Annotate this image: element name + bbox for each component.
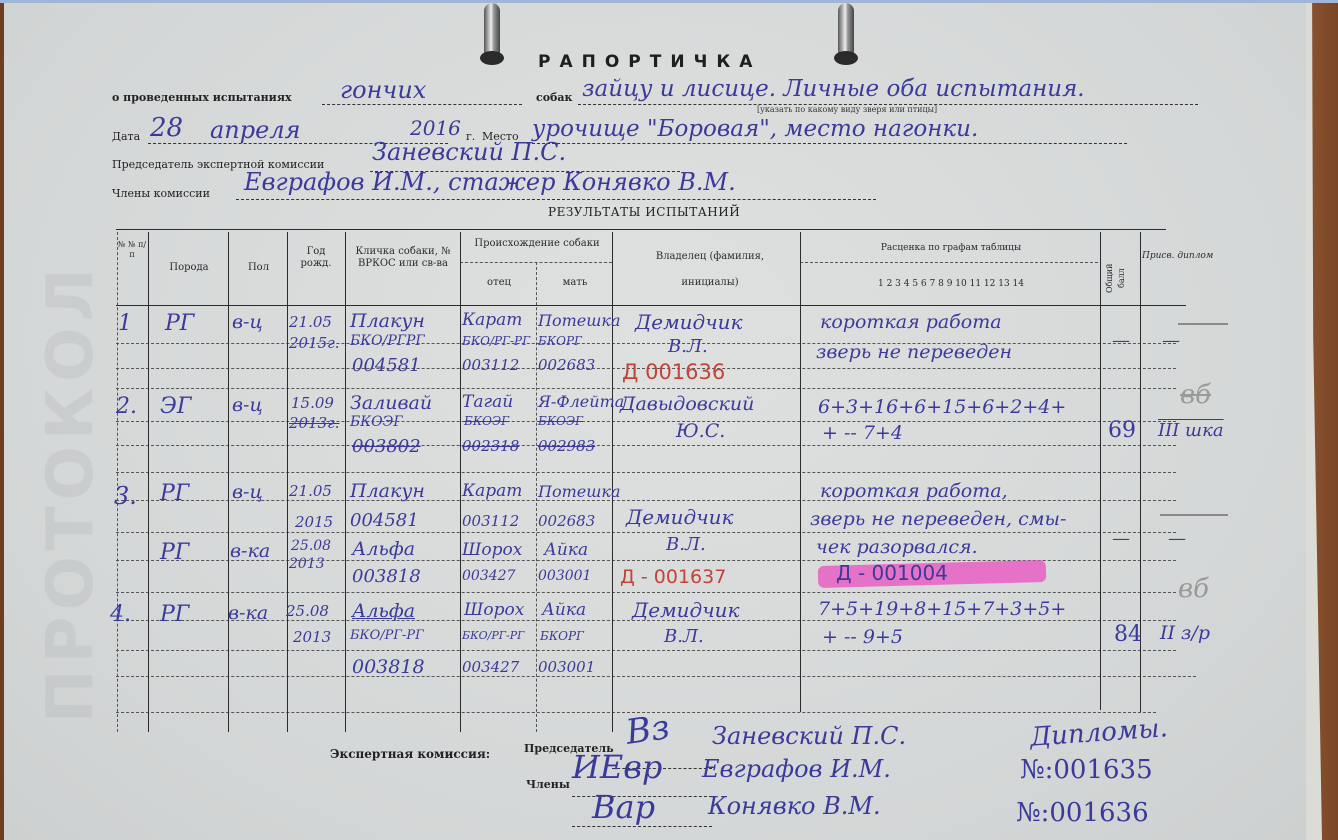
row-score-line-1: 6+3+16+6+15+6+2+4+ bbox=[818, 396, 1066, 418]
row-mother-registry: БКОЭГ bbox=[538, 414, 583, 428]
row-father-number: 003427 bbox=[462, 658, 519, 676]
row-owner-initials: В.Л. bbox=[666, 534, 706, 555]
row-award: II з/р bbox=[1160, 622, 1210, 644]
member2-signature: Конявко В.М. bbox=[708, 792, 881, 820]
row-birth-year: 2013г. bbox=[289, 414, 340, 432]
row-dog-name: Плакун bbox=[350, 310, 425, 332]
col-header-total: Общий балл bbox=[1104, 258, 1140, 298]
row-birth-year: 2013 bbox=[293, 628, 331, 646]
pair-father-number: 003427 bbox=[462, 568, 515, 584]
row-dog-number: 003802 bbox=[352, 436, 421, 457]
row-line bbox=[116, 445, 1176, 446]
row-mother-name: Айка bbox=[542, 600, 586, 620]
col-header-score-numbers: 1 2 3 4 5 6 7 8 9 10 11 12 13 14 bbox=[802, 278, 1100, 290]
row-award: — bbox=[1162, 330, 1180, 351]
col-border bbox=[536, 262, 537, 732]
bleed-through-text: ПРОТОКОЛ bbox=[34, 253, 114, 723]
results-title: РЕЗУЛЬТАТЫ ИСПЫТАНИЙ bbox=[548, 205, 740, 219]
date-label: Дата bbox=[112, 130, 140, 143]
table-top-border bbox=[116, 229, 1166, 230]
col-header-num: № № п/п bbox=[116, 240, 148, 260]
binder-ring-right-icon bbox=[838, 3, 854, 59]
col-header-name: Кличка собаки, № ВРКОС или св-ва bbox=[350, 246, 456, 270]
row-highlight-note: Д - 001004 bbox=[836, 561, 948, 585]
row-score-line-1: 7+5+19+8+15+7+3+5+ bbox=[818, 598, 1066, 620]
col-header-birth: Год рожд. bbox=[293, 246, 339, 270]
row-owner-surname: Демидчик bbox=[632, 598, 740, 622]
row-mother-name: Потешка bbox=[538, 311, 620, 330]
chairman-value: Заневский П.С. bbox=[372, 138, 566, 166]
row-dog-registry: БКО/РГРГ bbox=[350, 333, 425, 349]
col-header-father: отец bbox=[462, 277, 536, 289]
row-father-name: Карат bbox=[462, 310, 522, 330]
row-father-number: 003112 bbox=[462, 512, 519, 530]
pair-birth-date: 25.08 bbox=[291, 538, 331, 554]
row-father-number: 002318 bbox=[462, 437, 519, 455]
row-mother-registry: БКОРГ bbox=[538, 334, 582, 348]
row-birth-date: 25.08 bbox=[286, 602, 329, 620]
col-header-mother: мать bbox=[538, 277, 612, 289]
row-father-registry: БКО/РГ-РГ bbox=[462, 629, 524, 642]
pencil-mark bbox=[1160, 514, 1228, 516]
date-year: 2016 bbox=[410, 116, 461, 140]
row-mother-name: Потешка bbox=[538, 482, 620, 501]
binder-ring-left-icon bbox=[484, 3, 500, 59]
row-total: 69 bbox=[1108, 418, 1136, 443]
row-mother-number: 002683 bbox=[538, 356, 595, 374]
col-border bbox=[148, 232, 149, 732]
row-sex: в-ц bbox=[232, 481, 263, 503]
row-award-note: вб bbox=[1180, 380, 1211, 410]
row-father-name: Шорох bbox=[464, 600, 524, 620]
row-diploma-note: Д 001636 bbox=[622, 360, 725, 384]
col-header-breed: Порода bbox=[150, 262, 228, 274]
col-border bbox=[287, 232, 288, 732]
row-score-line-3: чек разорвался. bbox=[816, 536, 978, 558]
row-num: 4. bbox=[110, 602, 131, 627]
row-score-line-2: + -- 7+4 bbox=[822, 422, 903, 444]
row-father-number: 003112 bbox=[462, 356, 519, 374]
dogs-value: зайцу и лисице. Личные оба испытания. bbox=[582, 76, 1085, 102]
row-total: — bbox=[1112, 528, 1130, 549]
place-value: урочище "Боровая", место нагонки. bbox=[532, 116, 978, 142]
row-line bbox=[116, 343, 1176, 344]
row-score-line-2: зверь не переведен bbox=[816, 341, 1012, 363]
col-border bbox=[345, 232, 346, 732]
row-father-registry: БКОЭГ bbox=[464, 414, 509, 428]
row-breed: РГ bbox=[160, 481, 189, 506]
row-num: 1 bbox=[118, 311, 132, 336]
row-num: 2. bbox=[116, 394, 137, 419]
row-mother-number: 002983 bbox=[538, 437, 595, 455]
row-sex: в-ц bbox=[232, 311, 263, 333]
row-owner-initials: Ю.С. bbox=[676, 420, 725, 442]
date-day: 28 bbox=[150, 113, 183, 143]
pair-dog-number: 003818 bbox=[352, 566, 421, 587]
pair-birth-year: 2013 bbox=[289, 556, 325, 572]
row-father-registry: БКО/РГ-РГ bbox=[462, 334, 530, 348]
row-line bbox=[116, 532, 1176, 533]
row-owner-surname: Демидчик bbox=[635, 310, 743, 334]
diploma-number-1: №:001635 bbox=[1020, 755, 1153, 785]
row-owner-surname: Давыдовский bbox=[620, 393, 754, 415]
trials-label: о проведенных испытаниях bbox=[112, 91, 292, 104]
row-award-note: вб bbox=[1178, 574, 1209, 604]
row-dog-registry: БКО/РГ-РГ bbox=[350, 628, 424, 643]
row-line bbox=[116, 592, 1176, 593]
members-value: Евграфов И.М., стажер Конявко В.М. bbox=[244, 168, 736, 196]
row-dog-number: 004581 bbox=[352, 355, 421, 376]
pair-dog-name: Альфа bbox=[352, 538, 415, 560]
row-breed: ЭГ bbox=[160, 394, 191, 419]
col-border bbox=[800, 232, 801, 712]
document-title: РАПОРТИЧКА bbox=[538, 52, 761, 72]
members-label: Члены комиссии bbox=[112, 187, 210, 200]
col-header-owner: Владелец (фамилия, инициалы) bbox=[640, 244, 780, 296]
member2-signature-mark: Вар bbox=[592, 788, 655, 826]
row-line bbox=[116, 421, 1176, 422]
member1-signature: Евграфов И.М. bbox=[702, 755, 891, 783]
trials-underline bbox=[322, 104, 522, 105]
row-dog-registry: БКОЭГ bbox=[350, 414, 403, 430]
row-line bbox=[116, 472, 1176, 473]
member2-sign-line bbox=[572, 826, 712, 827]
row-diploma-note: Д - 001637 bbox=[620, 566, 726, 588]
row-total: — bbox=[1112, 330, 1130, 351]
pair-sex: в-ка bbox=[230, 540, 270, 562]
row-line bbox=[116, 500, 1176, 501]
row-score-line-2: + -- 9+5 bbox=[822, 626, 903, 648]
col-border bbox=[1100, 232, 1101, 710]
row-dog-number: 004581 bbox=[350, 510, 419, 531]
members-underline bbox=[236, 199, 876, 200]
row-birth-date: 15.09 bbox=[291, 394, 334, 412]
date-month: апреля bbox=[210, 116, 301, 144]
row-breed: РГ bbox=[165, 311, 194, 336]
row-award: III шка bbox=[1158, 420, 1224, 441]
col-border bbox=[228, 232, 229, 732]
header-bottom-border bbox=[116, 305, 1186, 306]
row-mother-registry: БКОРГ bbox=[540, 629, 584, 643]
pair-father-name: Шорох bbox=[462, 540, 522, 560]
row-num: 3. bbox=[114, 482, 137, 510]
row-score-line-2: зверь не переведен, смы- bbox=[810, 508, 1066, 530]
pair-mother-number: 003001 bbox=[538, 568, 591, 584]
row-mother-number: 002683 bbox=[538, 512, 595, 530]
row-score-line-1: короткая работа, bbox=[820, 480, 1008, 502]
row-sex: в-ц bbox=[232, 394, 263, 416]
row-dog-name: Альфа bbox=[352, 600, 415, 622]
row-birth-date: 21.05 bbox=[289, 313, 332, 331]
row-mother-name: Я-Флейта bbox=[538, 392, 624, 411]
pair-breed: РГ bbox=[160, 540, 189, 565]
row-birth-date: 21.05 bbox=[289, 482, 332, 500]
chairman-signature-mark: Вз bbox=[623, 707, 672, 753]
row-birth-year: 2015 bbox=[295, 513, 333, 531]
row-dog-name: Заливай bbox=[350, 392, 432, 414]
col-header-origin: Происхождение собаки bbox=[462, 238, 612, 250]
row-owner-initials: В.Л. bbox=[664, 626, 704, 647]
row-father-name: Тагай bbox=[462, 392, 513, 412]
row-father-name: Карат bbox=[462, 481, 522, 501]
dogs-label: собак bbox=[536, 91, 572, 104]
row-owner-initials: В.Л. bbox=[668, 336, 708, 357]
row-birth-year: 2015г. bbox=[289, 334, 340, 352]
dogs-hint: [указать по какому виду зверя или птицы] bbox=[757, 105, 937, 114]
row-score-line-1: короткая работа bbox=[820, 311, 1002, 333]
col-border bbox=[460, 232, 461, 732]
col-header-sex: Пол bbox=[230, 262, 287, 274]
scores-subheader-line bbox=[800, 262, 1098, 263]
diploma-number-2: №:001636 bbox=[1016, 798, 1149, 828]
row-dog-name: Плакун bbox=[350, 480, 425, 502]
col-header-scores: Расценка по графам таблицы bbox=[802, 242, 1100, 254]
trials-value: гончих bbox=[340, 76, 426, 104]
footer-members-label: Члены bbox=[526, 778, 570, 791]
row-sex: в-ка bbox=[228, 602, 268, 624]
row-line bbox=[116, 388, 1176, 389]
row-owner-surname: Демидчик bbox=[626, 505, 734, 529]
pencil-mark bbox=[1178, 323, 1228, 325]
pair-mother-name: Айка bbox=[544, 540, 588, 560]
row-line bbox=[116, 676, 1196, 677]
commission-label: Экспертная комиссия: bbox=[330, 747, 490, 761]
row-dog-number: 003818 bbox=[352, 656, 425, 678]
chairman-signature: Заневский П.С. bbox=[712, 722, 906, 750]
col-header-award: Присв. диплом bbox=[1142, 250, 1222, 262]
row-total: 84 bbox=[1114, 622, 1142, 647]
place-underline bbox=[527, 143, 1127, 144]
row-breed: РГ bbox=[160, 602, 189, 627]
member1-signature-mark: ИЕвр bbox=[572, 748, 662, 786]
row-award: — bbox=[1168, 528, 1186, 549]
row-line bbox=[116, 650, 1176, 651]
row-mother-number: 003001 bbox=[538, 658, 595, 676]
